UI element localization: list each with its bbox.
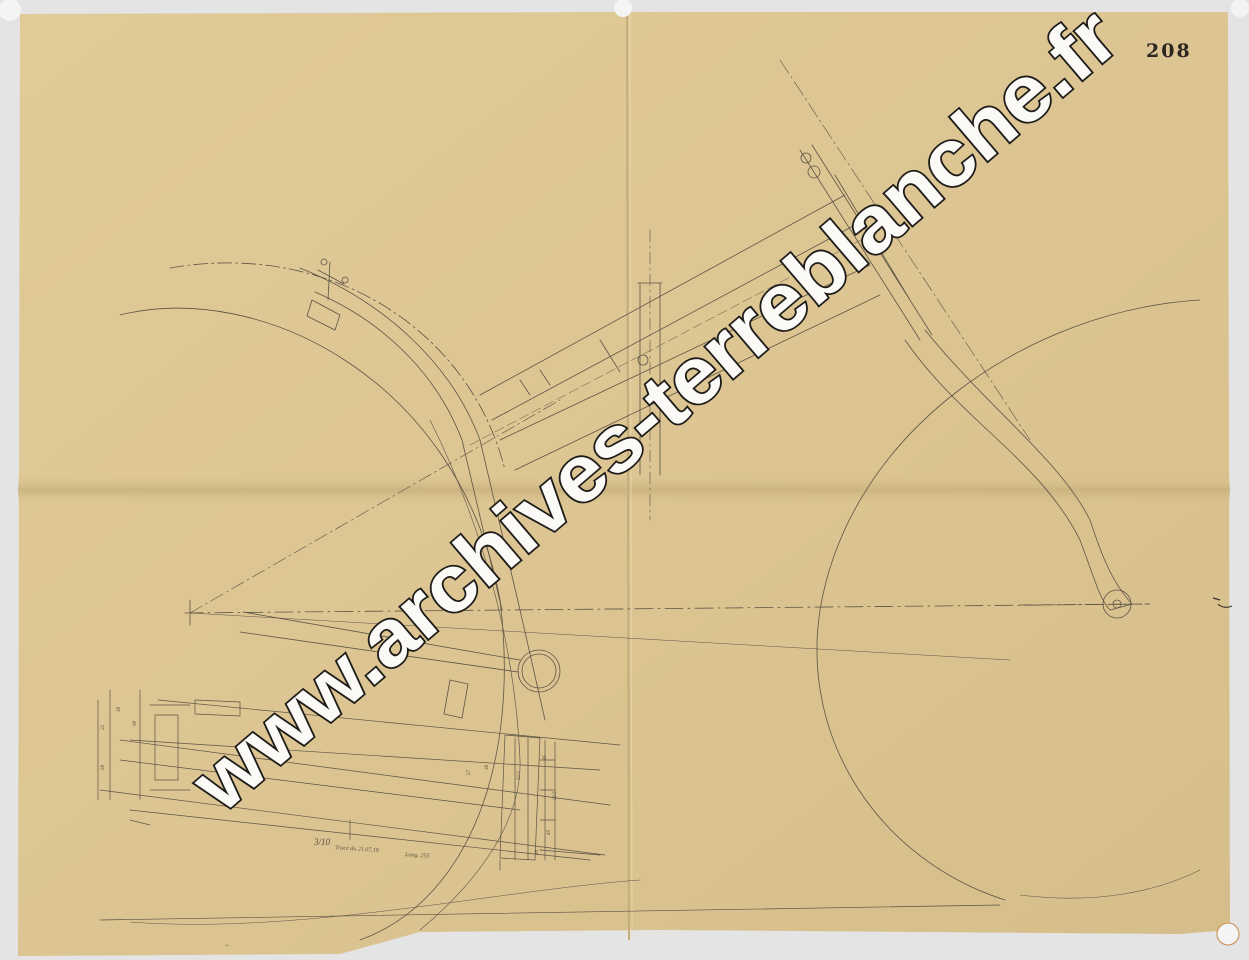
dim-label: 98 bbox=[133, 721, 138, 727]
dim-label: 22.5 bbox=[553, 791, 558, 800]
dim-label: 49 bbox=[547, 830, 552, 836]
dim-label: 36 bbox=[535, 850, 540, 856]
corner-scribble: ~ bbox=[225, 942, 229, 950]
dim-label: 57 bbox=[467, 770, 472, 776]
pushpin-icon bbox=[0, 0, 21, 21]
dim-label: 58 bbox=[101, 765, 106, 771]
scale-note: 3/10 bbox=[313, 837, 331, 847]
dim-label: 45 bbox=[543, 755, 548, 761]
sheet-number: 208 bbox=[1146, 40, 1192, 62]
horizontal-fold bbox=[18, 476, 1230, 504]
pushpin-icon bbox=[1231, 0, 1249, 17]
blueprint-drawing: 3/10 Tracé du 21.07.19 Long. 255 22 58 3… bbox=[0, 0, 1249, 960]
dim-label: 22 bbox=[101, 725, 106, 731]
dim-label: 38 bbox=[485, 765, 490, 771]
pushpin-icon bbox=[1217, 923, 1239, 945]
blueprint-sheet: 3/10 Tracé du 21.07.19 Long. 255 22 58 3… bbox=[0, 0, 1249, 960]
dim-label: 38 bbox=[117, 707, 122, 713]
dim-label: 42.5 bbox=[517, 771, 522, 780]
